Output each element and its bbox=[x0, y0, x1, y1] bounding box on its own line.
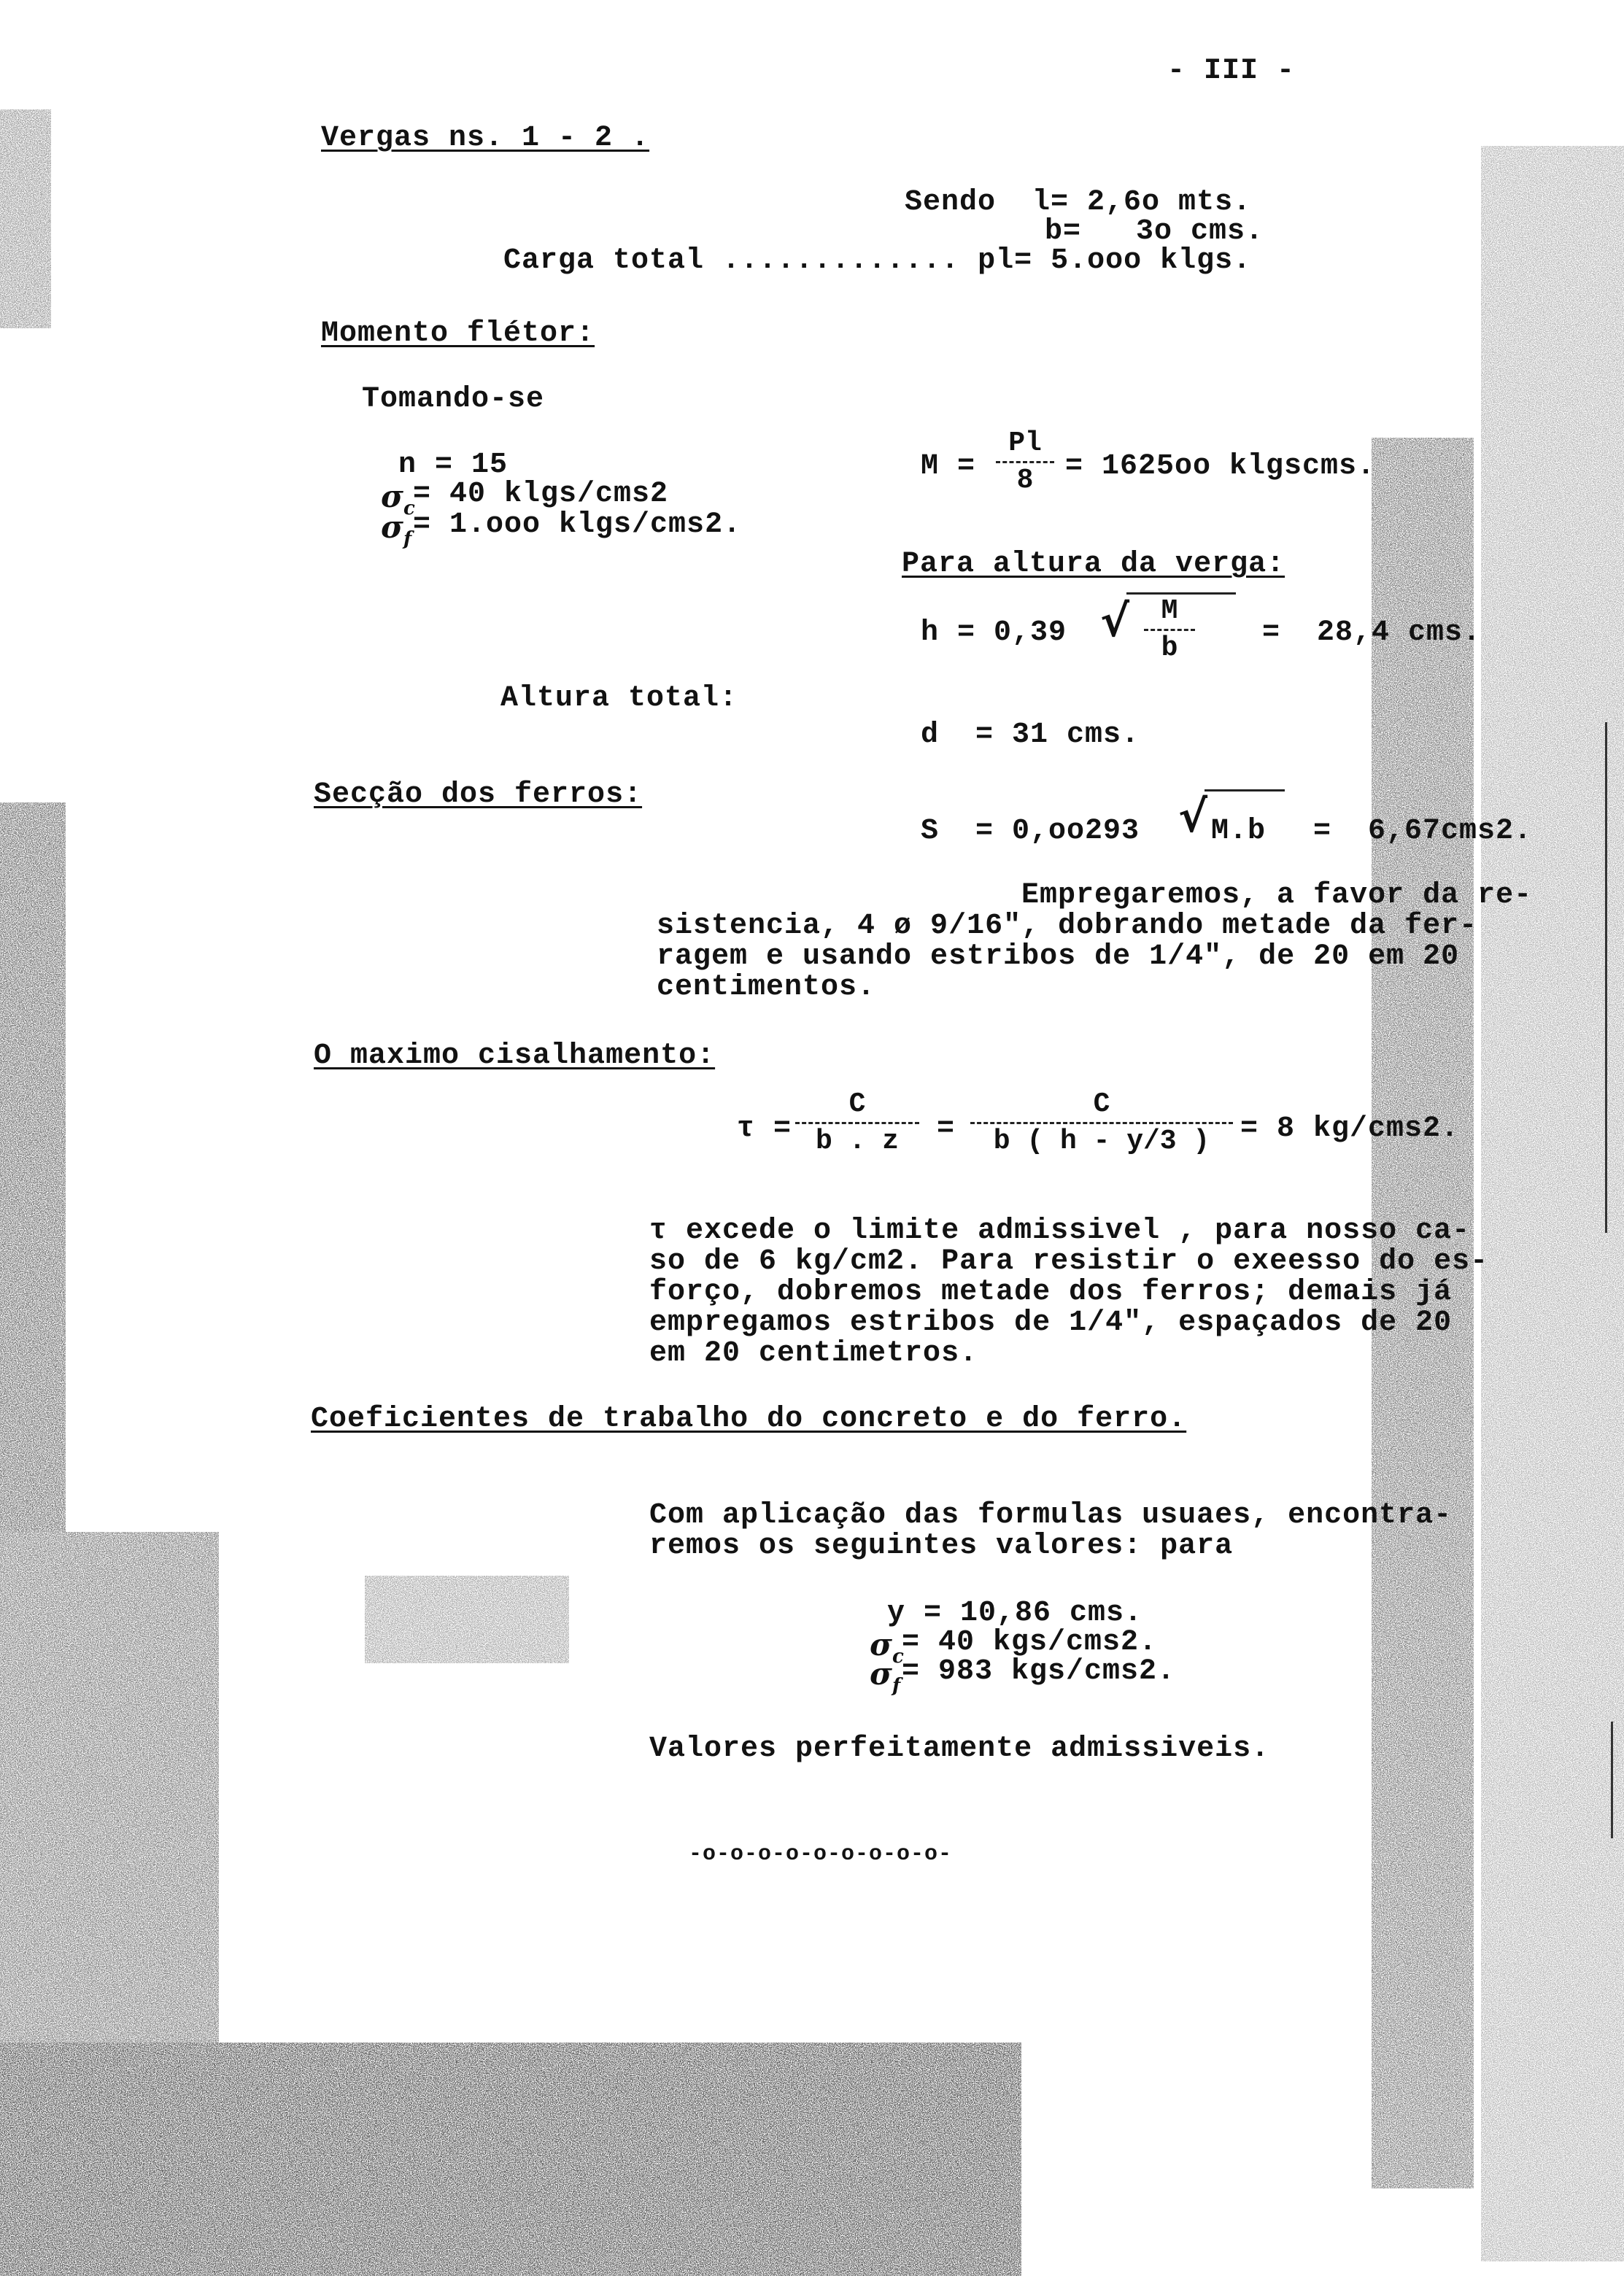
fraction-numerator: Pl bbox=[996, 429, 1054, 458]
shear-paragraph-line: empregamos estribos de 1/4", espaçados d… bbox=[649, 1307, 1452, 1339]
fraction-denominator: 8 bbox=[996, 466, 1054, 495]
heading-max-shear: O maximo cisalhamento: bbox=[314, 1040, 715, 1072]
height-lhs: h = 0,39 bbox=[921, 617, 1067, 649]
sigma-f-symbol: σf bbox=[381, 509, 411, 550]
heading-steel-section: Secção dos ferros: bbox=[314, 779, 642, 811]
section-title: Vergas ns. 1 - 2 . bbox=[321, 123, 649, 155]
fraction-bar bbox=[996, 461, 1054, 463]
shear-paragraph-line: forço, dobremos metade dos ferros; demai… bbox=[649, 1277, 1452, 1309]
heading-beam-height: Para altura da verga: bbox=[902, 549, 1285, 581]
equals-sign: = bbox=[937, 1113, 955, 1145]
param-sigma-f: = 1.ooo klgs/cms2. bbox=[413, 509, 741, 541]
steel-paragraph-line: sistencia, 4 ø 9/16", dobrando metade da… bbox=[657, 910, 1477, 942]
page-edge-line bbox=[1605, 722, 1607, 1233]
shear-paragraph-line: τ excede o limite admissivel , para noss… bbox=[649, 1215, 1470, 1247]
total-height-label: Altura total: bbox=[500, 683, 738, 715]
coef-paragraph-line: Com aplicação das formulas usuaes, encon… bbox=[649, 1500, 1452, 1532]
radical-overline bbox=[1205, 789, 1285, 791]
fraction-bar bbox=[970, 1122, 1233, 1124]
intro-text: Tomando-se bbox=[362, 384, 544, 416]
radical-sign-icon: √ bbox=[1100, 600, 1129, 643]
param-sigma-c: = 40 klgs/cms2 bbox=[413, 479, 668, 511]
steel-radicand: M.b bbox=[1211, 816, 1266, 848]
steel-result: = 6,67cms2. bbox=[1313, 816, 1532, 848]
steel-paragraph-line: Empregaremos, a favor da re- bbox=[1021, 880, 1532, 912]
fraction-bar bbox=[795, 1122, 919, 1124]
page-number: - III - bbox=[1167, 55, 1295, 88]
heading-bending-moment: Momento flétor: bbox=[321, 318, 595, 350]
value-y: y = 10,86 cms. bbox=[887, 1598, 1142, 1630]
scanned-document-page: - III - Vergas ns. 1 - 2 . Sendo l= 2,6o… bbox=[0, 0, 1624, 2276]
shear-paragraph-line: em 20 centimetros. bbox=[649, 1338, 978, 1370]
fraction-denominator: b ( h - y/3 ) bbox=[970, 1127, 1233, 1156]
height-result: = 28,4 cms. bbox=[1262, 617, 1481, 649]
end-separator: -o-o-o-o-o-o-o-o-o- bbox=[689, 1838, 952, 1870]
shear-fraction-1: C b . z bbox=[795, 1090, 919, 1156]
param-n: n = 15 bbox=[398, 449, 508, 481]
shear-result: = 8 kg/cms2. bbox=[1240, 1113, 1459, 1145]
steel-paragraph-line: centimentos. bbox=[657, 972, 875, 1004]
coef-paragraph-line: remos os seguintes valores: para bbox=[649, 1530, 1233, 1563]
fraction-bar bbox=[1144, 629, 1195, 631]
conclusion-text: Valores perfeitamente admissiveis. bbox=[649, 1733, 1269, 1765]
value-sigma-f: = 983 kgs/cms2. bbox=[902, 1656, 1175, 1688]
height-fraction: M b bbox=[1144, 597, 1195, 663]
fraction-denominator: b bbox=[1144, 634, 1195, 663]
moment-result: = 1625oo klgscms. bbox=[1065, 451, 1375, 483]
steel-paragraph-line: ragem e usando estribos de 1/4", de 20 e… bbox=[657, 941, 1459, 973]
given-length: Sendo l= 2,6o mts. bbox=[905, 187, 1251, 219]
fraction-numerator: C bbox=[795, 1090, 919, 1119]
radical-sign-icon: √ bbox=[1178, 795, 1207, 839]
steel-lhs: S = 0,oo293 bbox=[921, 816, 1140, 848]
page-edge-line bbox=[1611, 1722, 1613, 1838]
total-height-value: d = 31 cms. bbox=[921, 719, 1140, 751]
shear-lhs: τ = bbox=[737, 1113, 792, 1145]
fraction-numerator: C bbox=[970, 1090, 1233, 1119]
given-width: b= 3o cms. bbox=[1045, 216, 1264, 248]
given-total-load: Carga total ............. pl= 5.ooo klgs… bbox=[503, 245, 1251, 277]
heading-work-coefficients: Coeficientes de trabalho do concreto e d… bbox=[311, 1404, 1186, 1436]
sigma-f-symbol: σf bbox=[870, 1656, 900, 1697]
radical-overline bbox=[1126, 592, 1236, 595]
value-sigma-c: = 40 kgs/cms2. bbox=[902, 1627, 1157, 1659]
fraction-denominator: b . z bbox=[795, 1127, 919, 1156]
shear-fraction-2: C b ( h - y/3 ) bbox=[970, 1090, 1233, 1156]
fraction-numerator: M bbox=[1144, 597, 1195, 626]
shear-paragraph-line: so de 6 kg/cm2. Para resistir o exeesso … bbox=[649, 1246, 1488, 1278]
moment-fraction: Pl 8 bbox=[996, 429, 1054, 495]
moment-lhs: M = bbox=[921, 451, 975, 483]
